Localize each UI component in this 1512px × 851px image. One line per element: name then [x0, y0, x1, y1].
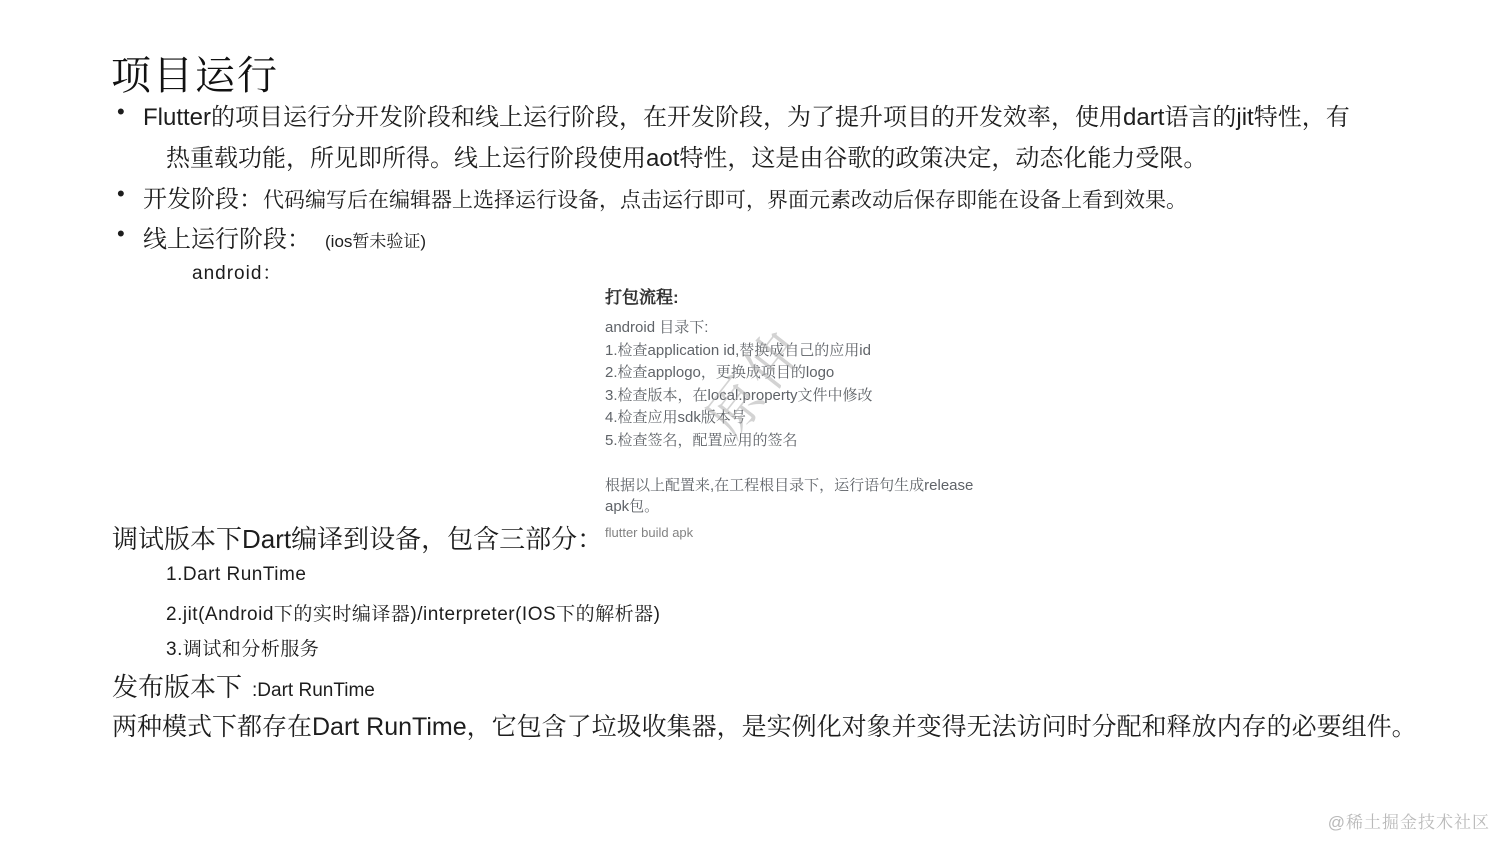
release-section: 发布版本下:Dart RunTime — [112, 667, 375, 704]
package-flow-screenshot: 打包流程: android 目录下: 1.检查application id,替换… — [605, 283, 985, 540]
flutter-build-command: flutter build apk — [605, 525, 985, 540]
package-flow-title: 打包流程: — [605, 283, 985, 308]
package-flow-step: 4.检查应用sdk版本号 — [605, 407, 985, 430]
release-label: 发布版本下 — [112, 672, 242, 702]
bullet-dot: • — [117, 183, 125, 205]
slide-page: 项目运行 • Flutter的项目运行分开发阶段和线上运行阶段，在开发阶段，为了… — [0, 0, 1512, 851]
release-value: :Dart RunTime — [252, 680, 375, 701]
debug-item: 1.Dart RunTime — [166, 564, 306, 586]
package-flow-subtitle: android 目录下: — [605, 317, 985, 340]
debug-item: 2.jit(Android下的实时编译器)/interpreter(IOS下的解… — [166, 599, 660, 626]
debug-section-heading: 调试版本下Dart编译到设备，包含三部分： — [112, 519, 603, 556]
ios-note: (ios暂未验证) — [325, 232, 426, 251]
dev-stage-label: 开发阶段： — [143, 186, 263, 213]
bullet-dev-stage: 开发阶段：代码编写后在编辑器上选择运行设备，点击运行即可，界面元素改动后保存即能… — [143, 179, 1187, 214]
package-flow-step: 2.检查applogo，更换成项目的logo — [605, 362, 985, 385]
page-title: 项目运行 — [111, 44, 279, 101]
online-stage-label: 线上运行阶段： — [143, 226, 311, 253]
summary-line: 两种模式下都存在Dart RunTime，它包含了垃圾收集器，是实例化对象并变得… — [112, 707, 1417, 743]
package-flow-step: 3.检查版本，在local.property文件中修改 — [605, 385, 985, 408]
bullet-flutter-run-line1: Flutter的项目运行分开发阶段和线上运行阶段，在开发阶段，为了提升项目的开发… — [143, 97, 1350, 132]
site-watermark: @稀土掘金技术社区 — [1328, 808, 1490, 833]
package-flow-step: 5.检查签名，配置应用的签名 — [605, 430, 985, 453]
bullet-dot: • — [117, 101, 125, 123]
package-flow-step: 1.检查application id,替换成自己的应用id — [605, 340, 985, 363]
bullet-flutter-run-line2: 热重载功能，所见即所得。线上运行阶段使用aot特性，这是由谷歌的政策决定，动态化… — [166, 138, 1207, 173]
bullet-dot: • — [117, 223, 125, 245]
debug-item: 3.调试和分析服务 — [166, 634, 319, 661]
bullet-online-stage: 线上运行阶段：(ios暂未验证) — [143, 219, 426, 254]
android-label: android： — [192, 258, 282, 285]
dev-stage-text: 代码编写后在编辑器上选择运行设备，点击运行即可，界面元素改动后保存即能在设备上看… — [263, 189, 1187, 212]
package-flow-conclusion: 根据以上配置来,在工程根目录下，运行语句生成release apk包。 — [605, 474, 985, 516]
